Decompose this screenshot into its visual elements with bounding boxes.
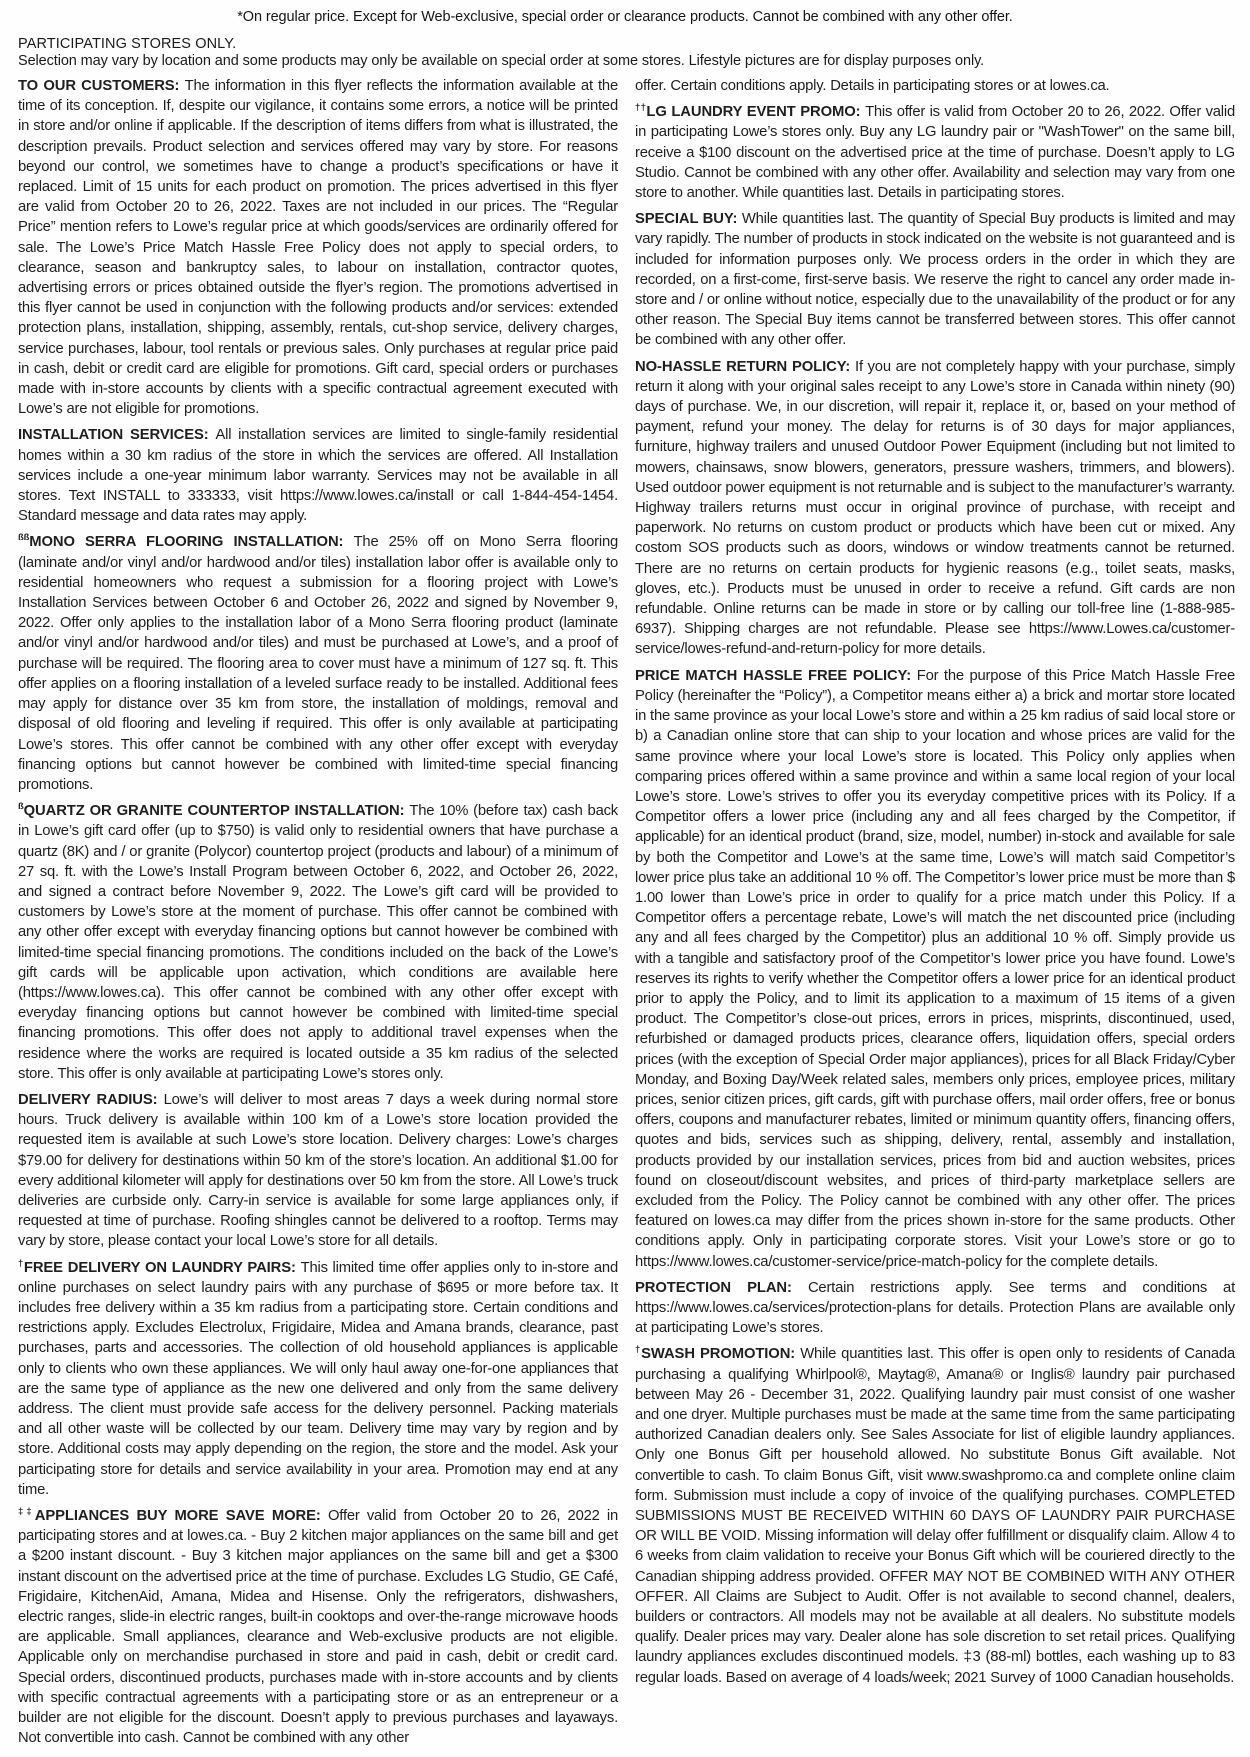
left-column: TO OUR CUSTOMERS: The information in thi…: [18, 76, 618, 1754]
legal-section: PRICE MATCH HASSLE FREE POLICY: For the …: [635, 666, 1235, 1272]
selection-availability-note: Selection may vary by location and some …: [18, 53, 1250, 69]
legal-section: ßQUARTZ OR GRANITE COUNTERTOP INSTALLATI…: [18, 801, 618, 1084]
top-disclaimer: *On regular price. Except for Web-exclus…: [0, 0, 1250, 25]
section-heading: PROTECTION PLAN:: [635, 1280, 808, 1296]
legal-section: NO-HASSLE RETURN POLICY: If you are not …: [635, 357, 1235, 660]
section-heading: PRICE MATCH HASSLE FREE POLICY:: [635, 668, 917, 684]
participating-stores-note: PARTICIPATING STORES ONLY.: [18, 36, 1250, 52]
section-heading: APPLIANCES BUY MORE SAVE MORE:: [35, 1508, 328, 1524]
legal-text-columns: TO OUR CUSTOMERS: The information in thi…: [0, 69, 1250, 1754]
legal-section: DELIVERY RADIUS: Lowe’s will deliver to …: [18, 1090, 618, 1252]
section-heading: DELIVERY RADIUS:: [18, 1092, 164, 1108]
footnote-marker: ‡‡: [18, 1506, 35, 1517]
legal-section: ‡‡APPLIANCES BUY MORE SAVE MORE: Offer v…: [18, 1506, 618, 1748]
legal-section: INSTALLATION SERVICES: All installation …: [18, 425, 618, 526]
legal-section: SPECIAL BUY: While quantities last. The …: [635, 209, 1235, 350]
footnote-marker: ††: [635, 102, 646, 113]
section-heading: SWASH PROMOTION:: [641, 1346, 800, 1362]
legal-section: †FREE DELIVERY ON LAUNDRY PAIRS: This li…: [18, 1258, 618, 1500]
page-label: PAGE L1 - NATIONAL: [0, 1619, 2, 1755]
section-heading: MONO SERRA FLOORING INSTALLATION:: [29, 534, 353, 550]
section-heading: INSTALLATION SERVICES:: [18, 427, 215, 443]
legal-section: PROTECTION PLAN: Certain restrictions ap…: [635, 1278, 1235, 1339]
section-heading: LG LAUNDRY EVENT PROMO:: [646, 104, 865, 120]
section-heading: QUARTZ OR GRANITE COUNTERTOP INSTALLATIO…: [24, 803, 410, 819]
footnote-marker: ßß: [18, 533, 29, 544]
legal-section: ††LG LAUNDRY EVENT PROMO: This offer is …: [635, 102, 1235, 203]
right-column: offer. Certain conditions apply. Details…: [635, 76, 1235, 1754]
legal-section: ßßMONO SERRA FLOORING INSTALLATION: The …: [18, 532, 618, 795]
section-heading: NO-HASSLE RETURN POLICY:: [635, 359, 855, 375]
section-heading: TO OUR CUSTOMERS:: [18, 78, 185, 94]
legal-section: offer. Certain conditions apply. Details…: [635, 76, 1235, 96]
section-heading: FREE DELIVERY ON LAUNDRY PAIRS:: [24, 1260, 301, 1276]
section-heading: SPECIAL BUY:: [635, 211, 742, 227]
legal-section: †SWASH PROMOTION: While quantities last.…: [635, 1344, 1235, 1687]
flyer-legal-page: *On regular price. Except for Web-exclus…: [0, 0, 1250, 1757]
legal-section: TO OUR CUSTOMERS: The information in thi…: [18, 76, 618, 419]
